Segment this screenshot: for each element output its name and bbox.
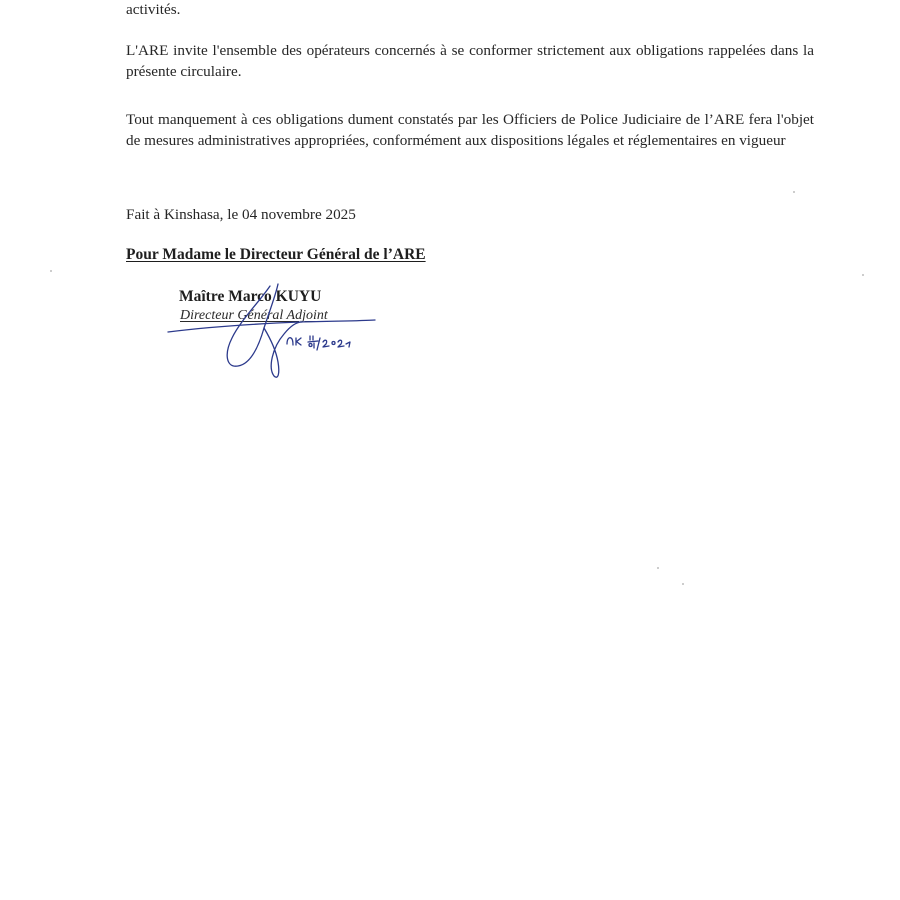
signer-name: Maître Marco KUYU <box>179 288 321 306</box>
scan-speck <box>50 270 52 272</box>
scan-speck <box>793 191 795 193</box>
document-page: activités. L'ARE invite l'ensemble des o… <box>0 0 900 900</box>
paragraph-sanctions: Tout manquement à ces obligations dument… <box>126 109 814 151</box>
paragraph-activites: activités. <box>126 0 814 20</box>
signer-title: Directeur Général Adjoint <box>180 308 328 324</box>
place-date-line: Fait à Kinshasa, le 04 novembre 2025 <box>126 204 526 225</box>
signature-heading: Pour Madame le Directeur Général de l’AR… <box>126 246 426 264</box>
paragraph-invitation: L'ARE invite l'ensemble des opérateurs c… <box>126 40 814 82</box>
scan-speck <box>657 567 659 569</box>
scan-speck <box>862 274 864 276</box>
scan-speck <box>682 583 684 585</box>
